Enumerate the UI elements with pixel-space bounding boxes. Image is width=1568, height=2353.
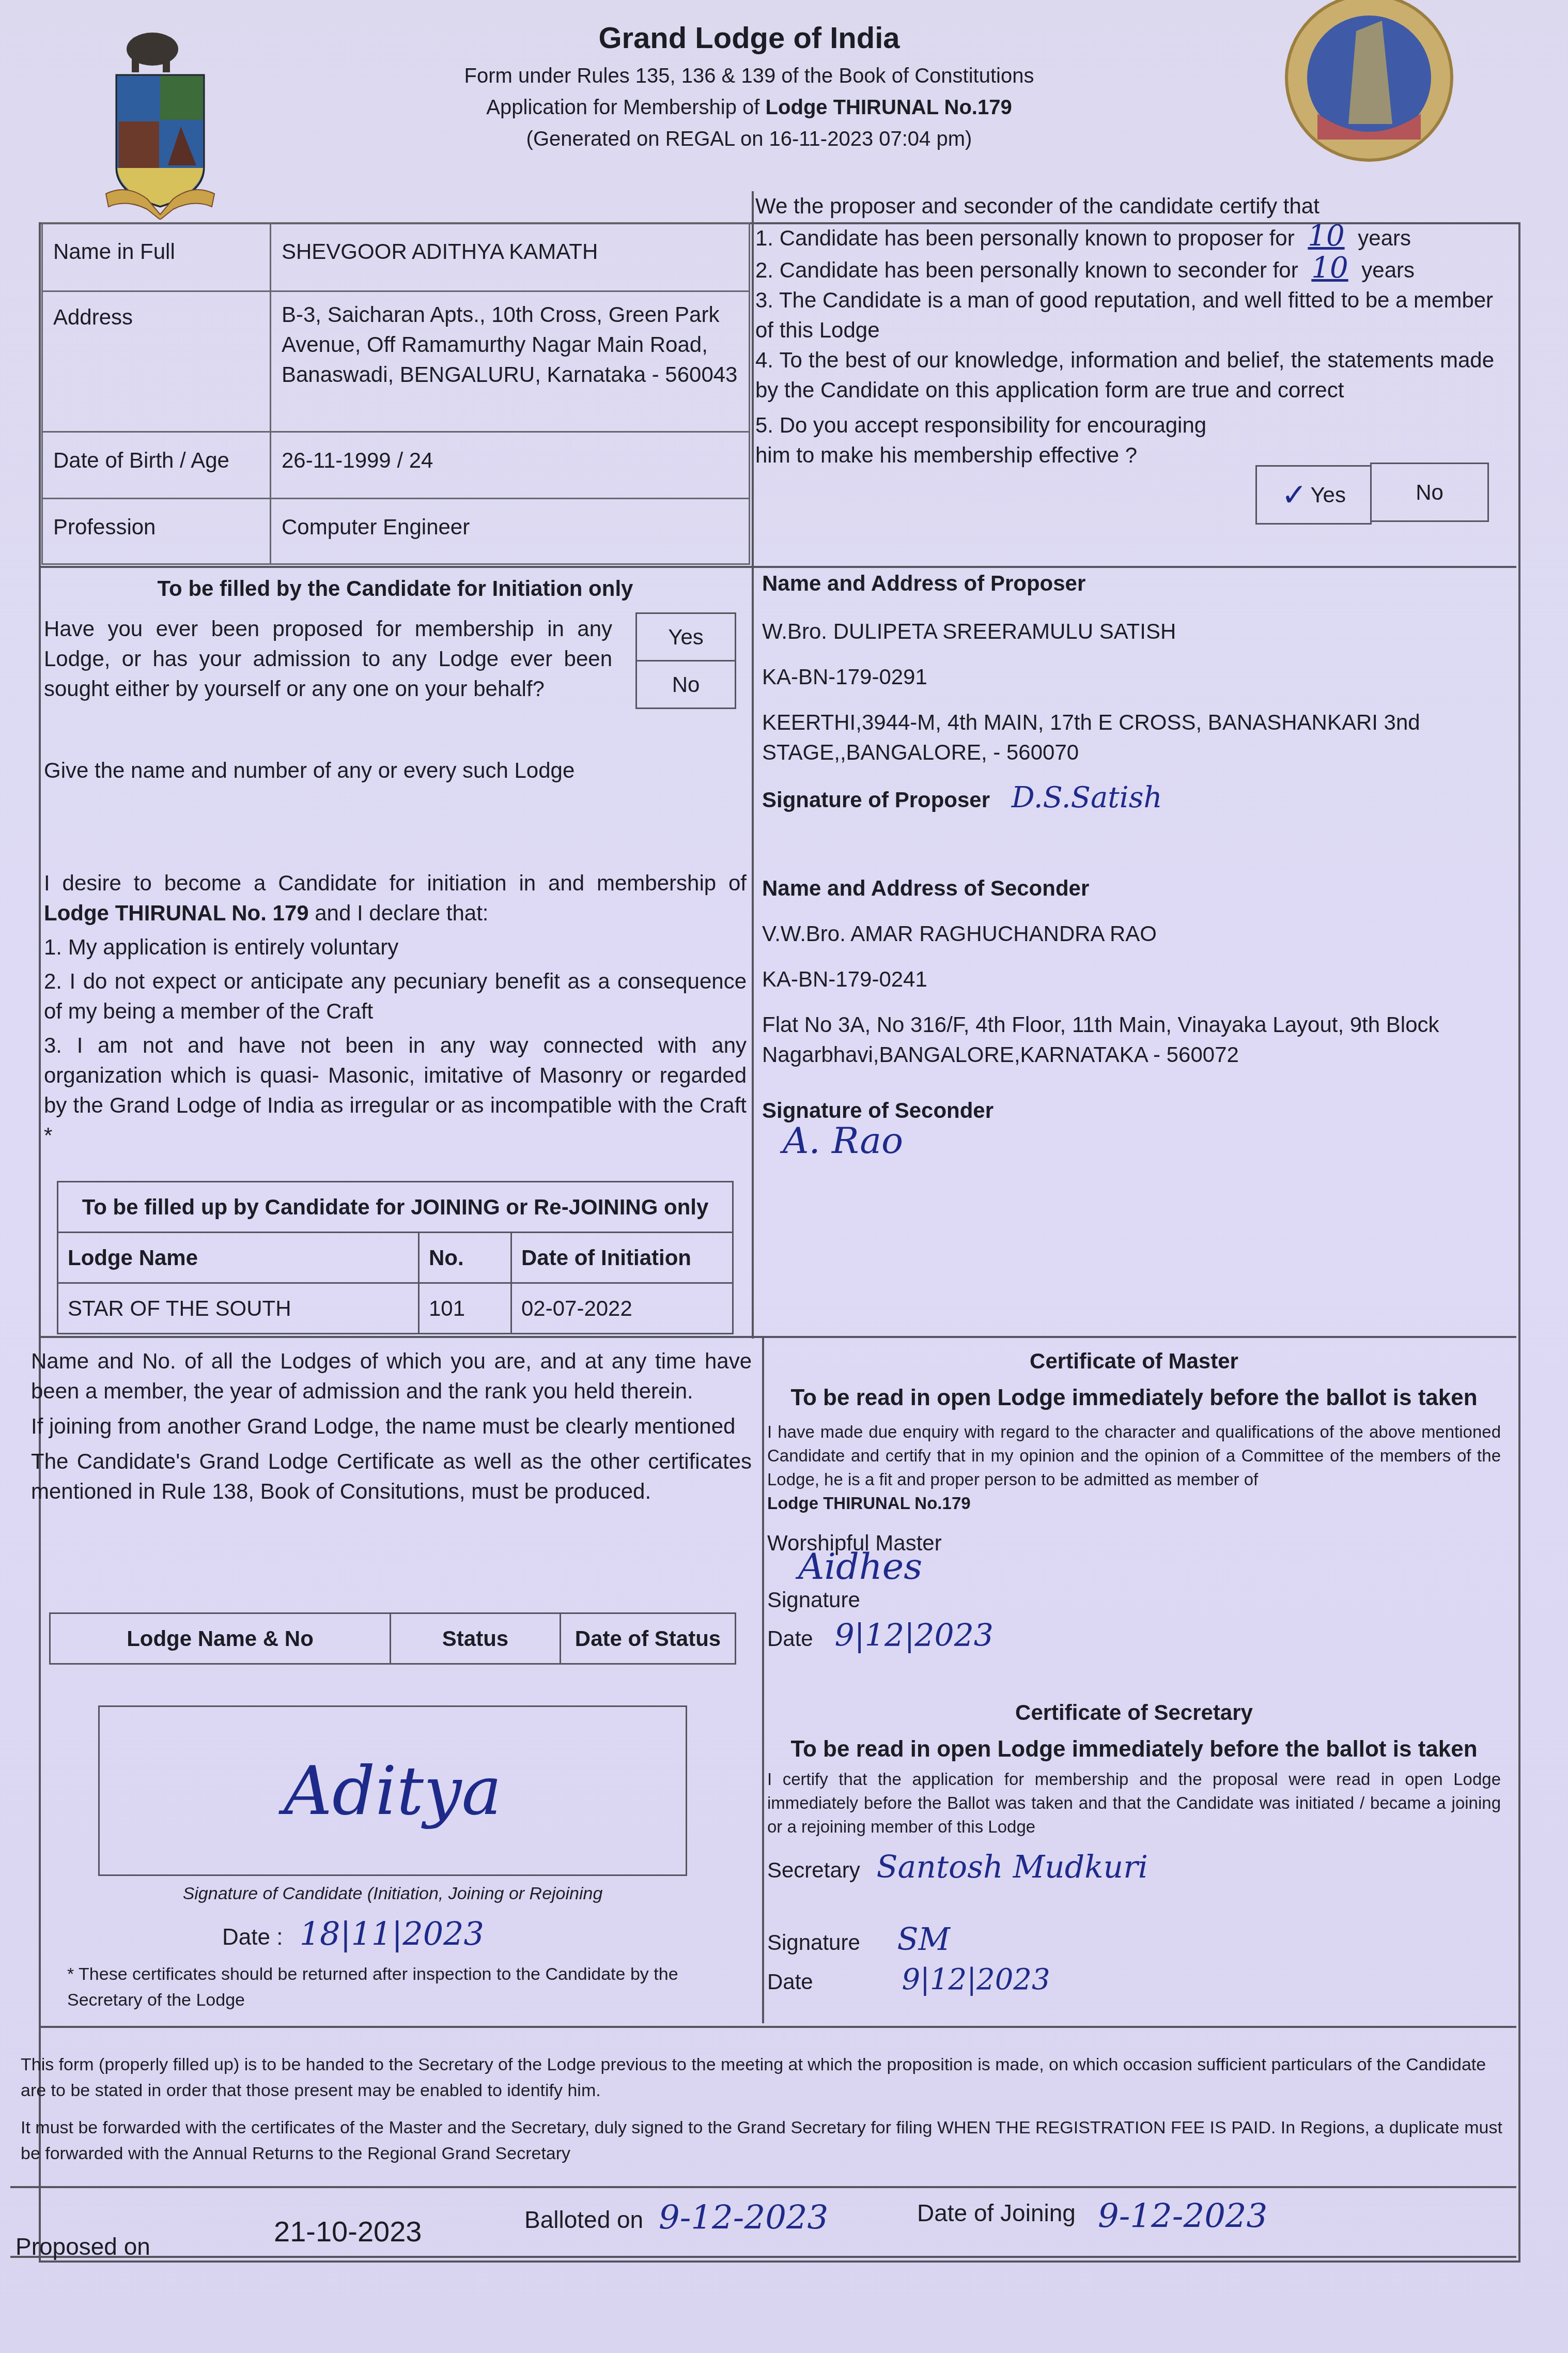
lodges-table: Lodge Name & No Status Date of Status bbox=[49, 1612, 736, 1665]
candidate-dob: 26-11-1999 / 24 bbox=[271, 433, 749, 488]
secretary-certificate: Certificate of Secretary To be read in o… bbox=[767, 1700, 1501, 1996]
balloted-on-label: Balloted on bbox=[524, 2206, 643, 2234]
profession-value-cell: Computer Engineer bbox=[270, 498, 750, 565]
divider bbox=[39, 2026, 1516, 2028]
master-signature: Aidhes bbox=[798, 1545, 1501, 1588]
seconder-years: 10 bbox=[1304, 251, 1355, 285]
generated-timestamp: (Generated on REGAL on 16-11-2023 07:04 … bbox=[362, 128, 1137, 151]
address-value-cell: B-3, Saicharan Apts., 10th Cross, Green … bbox=[270, 290, 750, 433]
joining-table: To be filled up by Candidate for JOINING… bbox=[57, 1181, 734, 1334]
divider bbox=[39, 566, 1516, 568]
candidate-profession: Computer Engineer bbox=[271, 499, 749, 555]
column-header: Lodge Name bbox=[58, 1233, 419, 1283]
dob-value-cell: 26-11-1999 / 24 bbox=[270, 431, 750, 499]
candidate-signature: Aditya bbox=[284, 1751, 502, 1830]
proposer-section: Name and Address of Proposer W.Bro. DULI… bbox=[762, 568, 1496, 815]
name-value-cell: SHEVGOOR ADITHYA KAMATH bbox=[270, 222, 750, 292]
divider bbox=[39, 1336, 1516, 1338]
declaration: I desire to become a Candidate for initi… bbox=[44, 868, 747, 1150]
column-divider bbox=[762, 1336, 764, 2023]
secretary-date: 9|12|2023 bbox=[902, 1963, 1050, 1996]
profession-label-cell: Profession bbox=[41, 498, 271, 565]
master-date: 9|12|2023 bbox=[834, 1618, 993, 1654]
column-header: No. bbox=[419, 1233, 511, 1283]
signature-caption: Signature of Candidate (Initiation, Join… bbox=[98, 1884, 687, 1904]
proposed-before-yes-checkbox[interactable]: Yes bbox=[635, 612, 736, 662]
give-lodge-name-instruction: Give the name and number of any or every… bbox=[44, 756, 747, 786]
certify-block: We the proposer and seconder of the cand… bbox=[755, 191, 1494, 470]
column-divider bbox=[752, 191, 754, 1339]
instructions-notes: This form (properly filled up) is to be … bbox=[21, 2052, 1509, 2166]
candidate-signature-box[interactable]: Aditya bbox=[98, 1705, 687, 1876]
candidate-name: SHEVGOOR ADITHYA KAMATH bbox=[271, 224, 749, 280]
application-line: Application for Membership of Lodge THIR… bbox=[362, 96, 1137, 119]
proposed-on-value: 21-10-2023 bbox=[274, 2214, 422, 2248]
form-subtitle: Form under Rules 135, 136 & 139 of the B… bbox=[362, 65, 1137, 88]
column-header: Status bbox=[391, 1613, 561, 1664]
proposed-on-label: Proposed on bbox=[15, 2233, 150, 2260]
lodges-section: Name and No. of all the Lodges of which … bbox=[31, 1346, 752, 1506]
initiation-heading: To be filled by the Candidate for Initia… bbox=[44, 576, 747, 601]
proposer-years: 10 bbox=[1300, 219, 1352, 253]
certificates-footnote: * These certificates should be returned … bbox=[67, 1961, 713, 2013]
form-header: Grand Lodge of India Form under Rules 13… bbox=[362, 21, 1137, 151]
seconder-heading: Name and Address of Seconder bbox=[762, 873, 1496, 903]
address-label-cell: Address bbox=[41, 290, 271, 433]
table-row: STAR OF THE SOUTH 101 02-07-2022 bbox=[58, 1283, 733, 1334]
proposer-name: W.Bro. DULIPETA SREERAMULU SATISH bbox=[762, 617, 1496, 647]
column-header: Date of Status bbox=[561, 1613, 736, 1664]
divider bbox=[10, 2186, 1516, 2188]
encourage-no-checkbox[interactable]: No bbox=[1370, 463, 1489, 522]
seconder-signature: A. Rao bbox=[783, 1126, 1496, 1156]
proposer-address: KEERTHI,3944-M, 4th MAIN, 17th E CROSS, … bbox=[762, 708, 1496, 767]
candidate-date: Date : 18|11|2023 bbox=[222, 1915, 484, 1952]
name-label-cell: Name in Full bbox=[41, 222, 271, 292]
proposer-heading: Name and Address of Proposer bbox=[762, 568, 1496, 598]
column-header: Date of Initiation bbox=[511, 1233, 733, 1283]
date-of-joining-label: Date of Joining bbox=[917, 2199, 1076, 2227]
master-certificate: Certificate of Master To be read in open… bbox=[767, 1349, 1501, 1654]
secretary-signature: SM bbox=[897, 1921, 950, 1958]
initiation-question: Have you ever been proposed for membersh… bbox=[44, 614, 612, 704]
lodge-name: Lodge THIRUNAL No.179 bbox=[766, 96, 1012, 119]
seconder-section: Name and Address of Seconder V.W.Bro. AM… bbox=[762, 873, 1496, 1156]
certify-item-2: 2. Candidate has been personally known t… bbox=[755, 253, 1494, 285]
joining-heading: To be filled up by Candidate for JOINING… bbox=[58, 1182, 733, 1233]
proposer-id: KA-BN-179-0291 bbox=[762, 662, 1496, 692]
seconder-name: V.W.Bro. AMAR RAGHUCHANDRA RAO bbox=[762, 919, 1496, 949]
seconder-address: Flat No 3A, No 316/F, 4th Floor, 11th Ma… bbox=[762, 1010, 1496, 1070]
balloted-on-value: 9-12-2023 bbox=[659, 2199, 828, 2237]
certify-item-1: 1. Candidate has been personally known t… bbox=[755, 221, 1494, 253]
seconder-id: KA-BN-179-0241 bbox=[762, 964, 1496, 994]
divider bbox=[10, 2256, 1516, 2258]
page-title: Grand Lodge of India bbox=[362, 21, 1137, 55]
dob-label-cell: Date of Birth / Age bbox=[41, 431, 271, 499]
candidate-address: B-3, Saicharan Apts., 10th Cross, Green … bbox=[271, 292, 749, 397]
column-header: Lodge Name & No bbox=[50, 1613, 391, 1664]
encourage-yes-checkbox[interactable]: ✓Yes bbox=[1255, 465, 1372, 525]
regional-grand-lodge-seal-icon bbox=[1271, 0, 1467, 176]
proposed-before-no-checkbox[interactable]: No bbox=[635, 660, 736, 709]
application-form: Grand Lodge of India Form under Rules 13… bbox=[0, 0, 1568, 2353]
grand-lodge-crest-icon bbox=[96, 28, 225, 220]
proposer-signature: D.S.Satish bbox=[1012, 781, 1162, 814]
date-of-joining-value: 9-12-2023 bbox=[1098, 2197, 1267, 2236]
secretary-name: Santosh Mudkuri bbox=[876, 1849, 1148, 1885]
